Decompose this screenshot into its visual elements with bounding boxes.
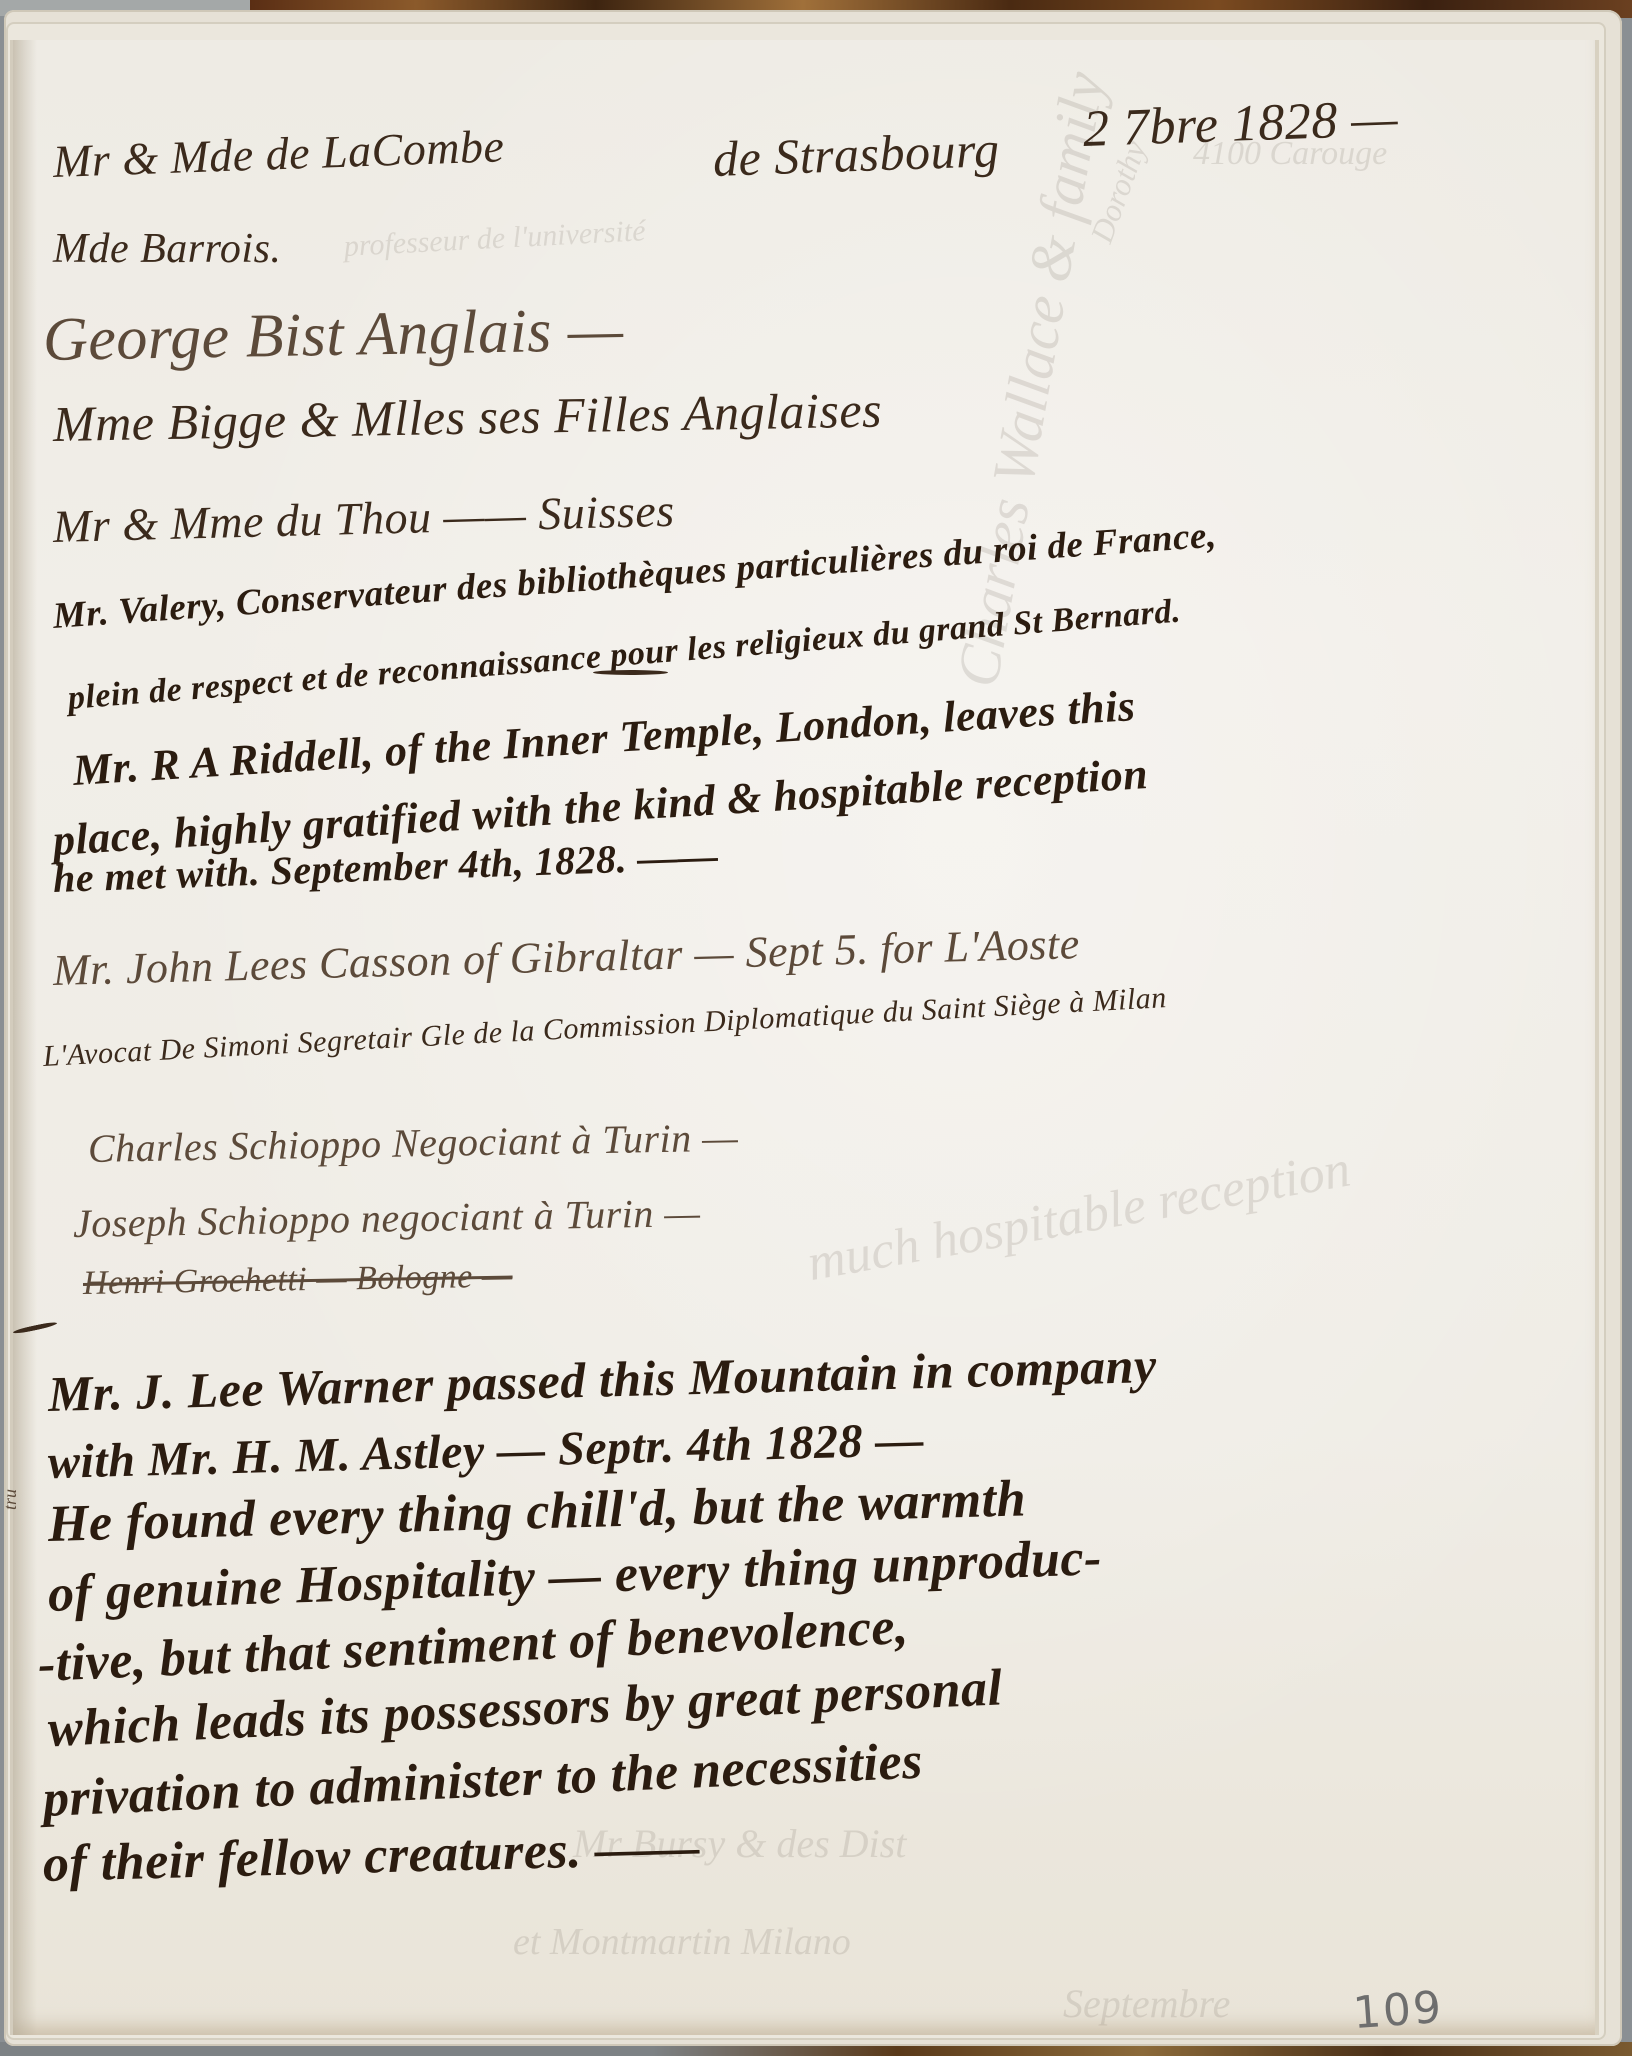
bleed-through-text: Septembre bbox=[1063, 1980, 1230, 2027]
entry-bist: George Bist Anglais — bbox=[42, 295, 624, 376]
entry-joseph-schioppo: Joseph Schioppo negociant à Turin — bbox=[73, 1189, 701, 1247]
entry-bigge: Mme Bigge & Mlles ses Filles Anglaises bbox=[52, 381, 882, 453]
entry-grochetti-struck: Henri Grochetti — Bologne — bbox=[83, 1258, 513, 1303]
entry-casson: Mr. John Lees Casson of Gibraltar — Sept… bbox=[52, 918, 1080, 996]
manuscript-page: 4100 Carouge professeur de l'université … bbox=[10, 40, 1599, 2035]
margin-note: tru bbox=[0, 1489, 21, 1510]
binding-gutter bbox=[13, 40, 37, 2035]
entry-lacombe-origin: de Strasbourg bbox=[712, 120, 1000, 188]
bleed-through-text: et Montmartin Milano bbox=[513, 1920, 851, 1964]
entry-desimoni: L'Avocat De Simoni Segretair Gle de la C… bbox=[42, 981, 1167, 1074]
folio-number: 109 bbox=[1351, 1982, 1444, 2039]
separator-rule bbox=[593, 670, 668, 675]
entry-lacombe-name: Mr & Mde de LaCombe bbox=[52, 119, 505, 188]
entry-charles-schioppo: Charles Schioppo Negociant à Turin — bbox=[88, 1114, 739, 1172]
entry-barrois: Mde Barrois. bbox=[53, 225, 281, 273]
entry-lacombe-date: 2 7bre 1828 — bbox=[1082, 89, 1399, 159]
bleed-through-text: much hospitable reception bbox=[803, 1140, 1355, 1294]
entry-warner-line-8: of their fellow creatures. —— bbox=[42, 1818, 701, 1894]
bleed-through-text: professeur de l'université bbox=[343, 214, 646, 264]
entry-warner-line-1: Mr. J. Lee Warner passed this Mountain i… bbox=[47, 1336, 1157, 1423]
entry-thou: Mr & Mme du Thou —— Suisses bbox=[52, 484, 675, 553]
